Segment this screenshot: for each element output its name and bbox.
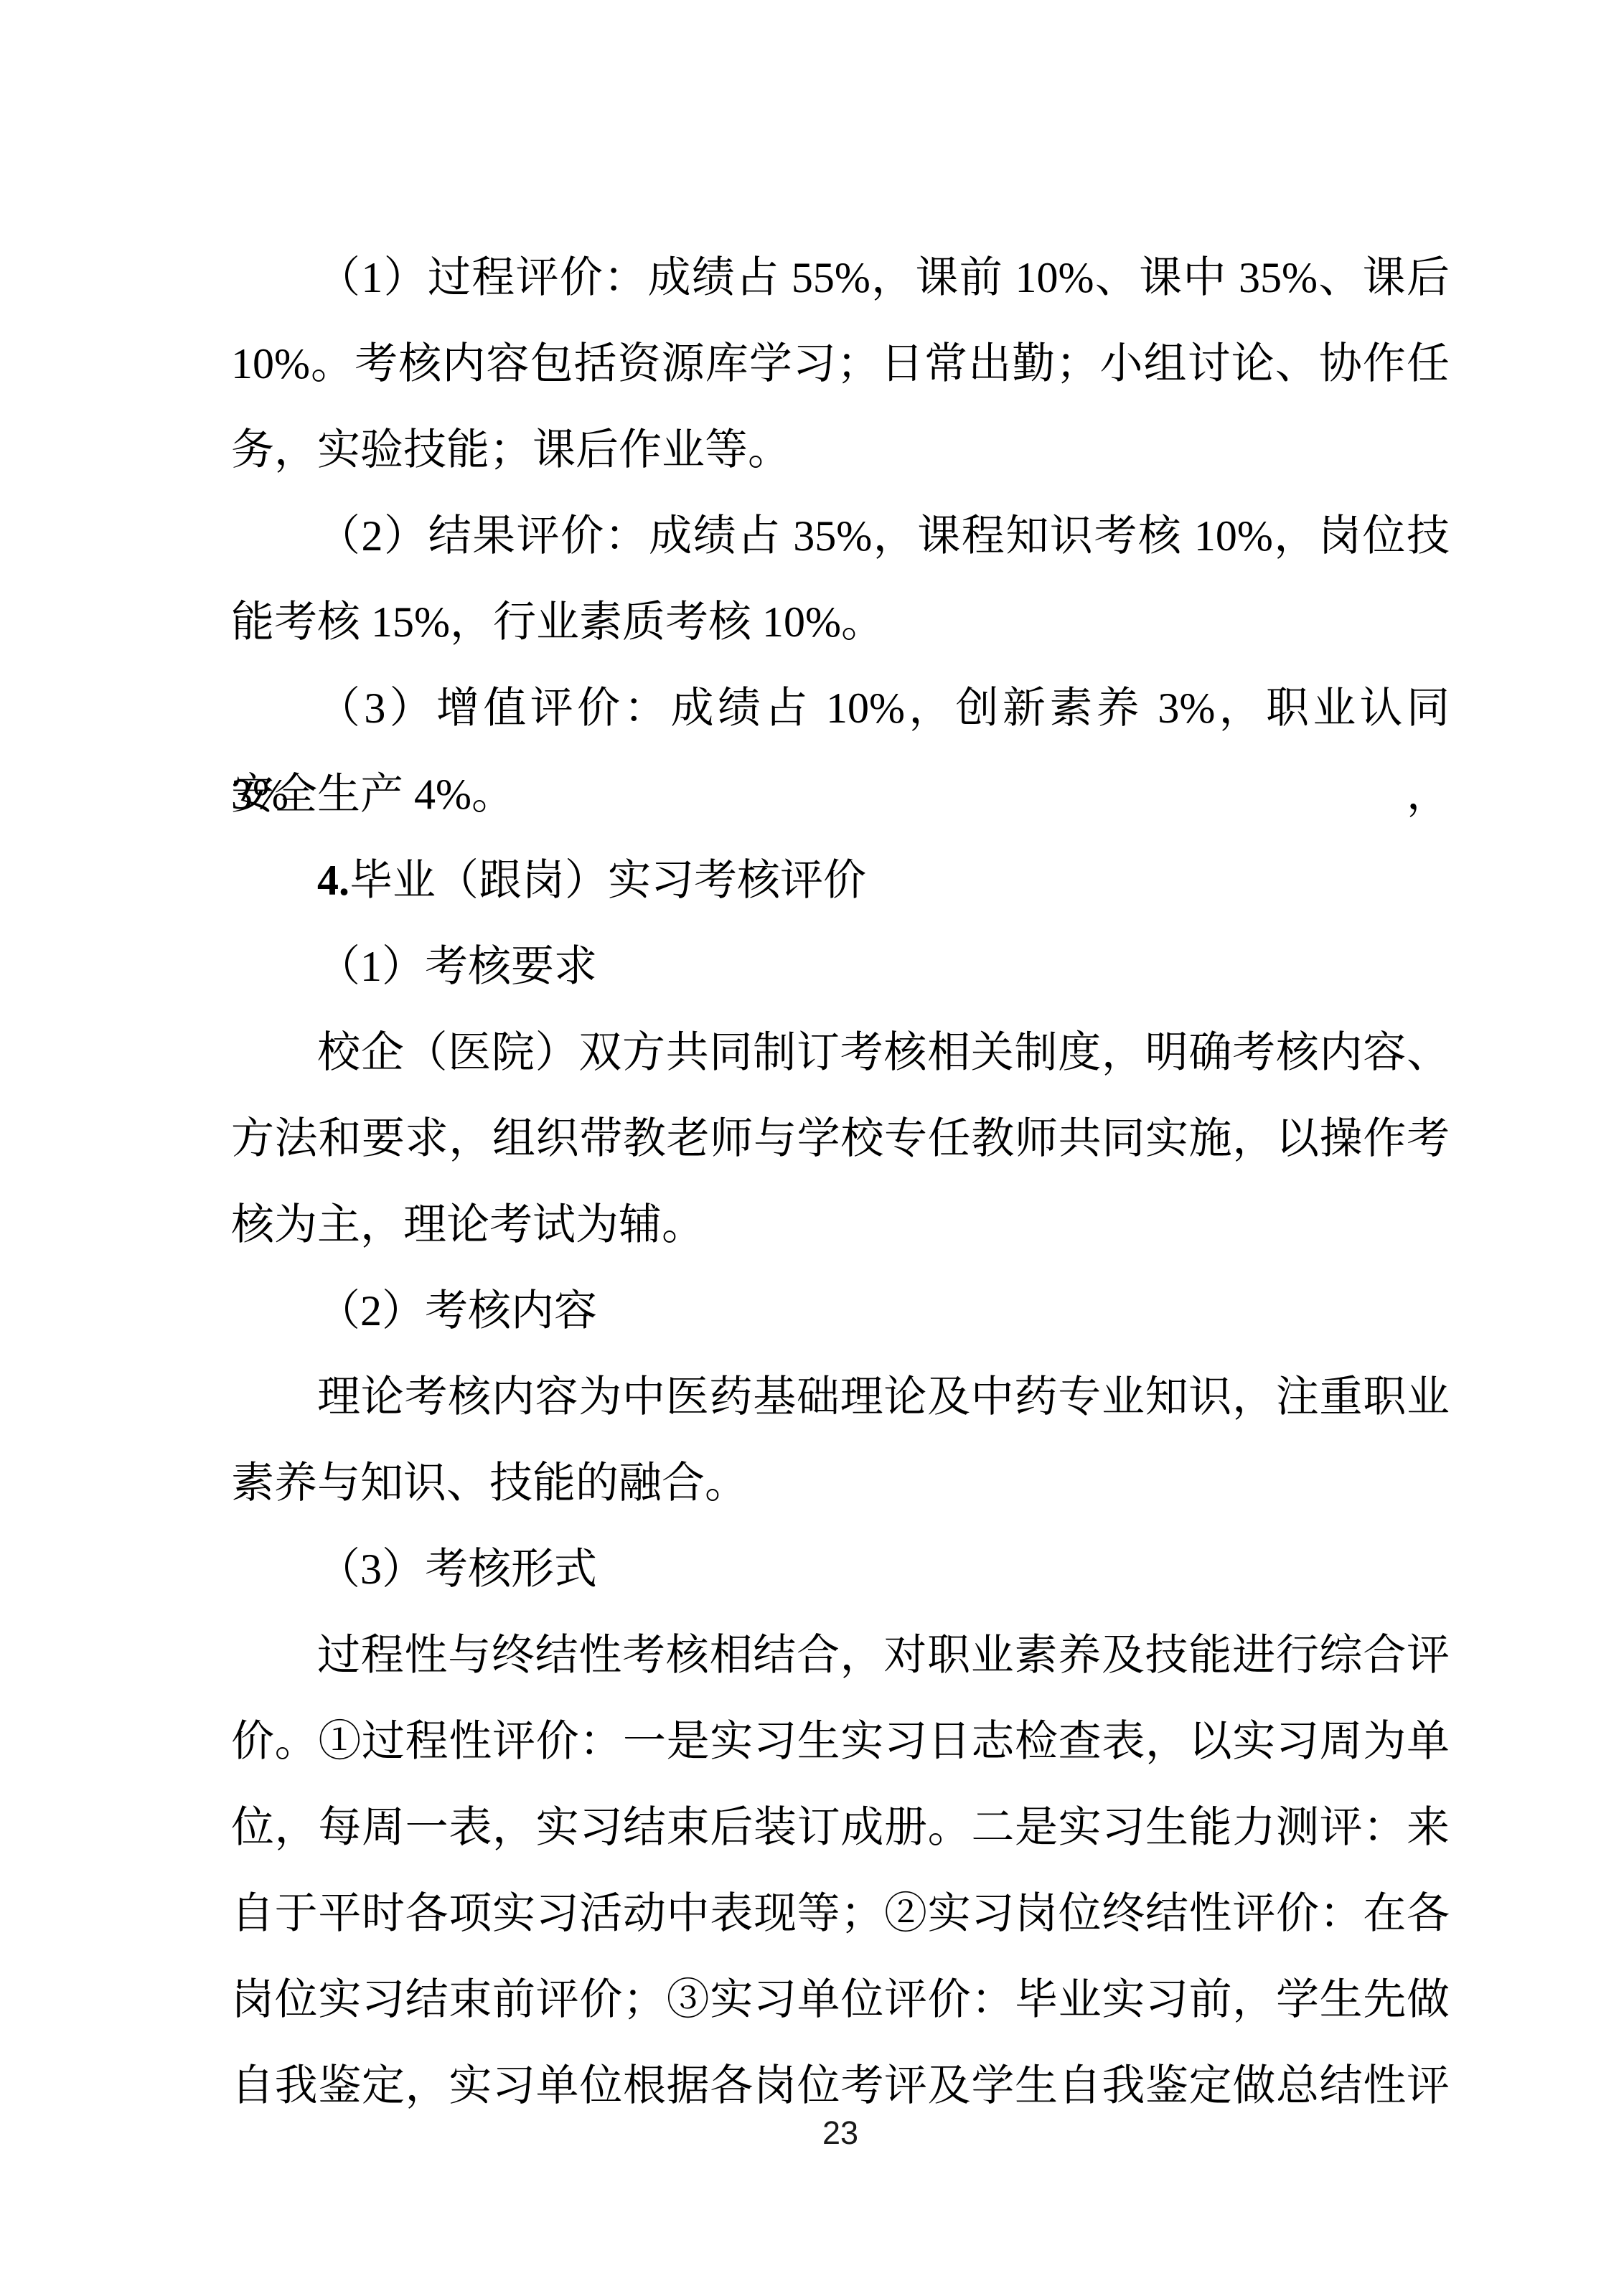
body-line: 务，实验技能；课后作业等。 — [231, 407, 1450, 493]
section-heading: 4.毕业（跟岗）实习考核评价 — [231, 837, 1450, 923]
body-line: 校企（医院）双方共同制订考核相关制度，明确考核内容、 — [231, 1010, 1450, 1096]
subheading-line: （3）考核形式 — [231, 1526, 1450, 1612]
body-line: （2）结果评价：成绩占 35%，课程知识考核 10%，岗位技 — [231, 493, 1450, 579]
body-line: 能考核 15%，行业素质考核 10%。 — [231, 579, 1450, 665]
subheading-line: （1）考核要求 — [231, 923, 1450, 1010]
body-line: 10%。考核内容包括资源库学习；日常出勤；小组讨论、协作任 — [231, 321, 1450, 407]
body-line: 素养与知识、技能的融合。 — [231, 1440, 1450, 1526]
body-line: 价。①过程性评价：一是实习生实习日志检查表，以实习周为单 — [231, 1698, 1450, 1784]
subheading-line: （2）考核内容 — [231, 1268, 1450, 1354]
body-line: 位，每周一表，实习结束后装订成册。二是实习生能力测评：来 — [231, 1784, 1450, 1871]
body-line: 方法和要求，组织带教老师与学校专任教师共同实施，以操作考 — [231, 1096, 1450, 1182]
body-line: 岗位实习结束前评价；③实习单位评价：毕业实习前，学生先做 — [231, 1957, 1450, 2043]
body-line: （1）过程评价：成绩占 55%，课前 10%、课中 35%、课后 — [231, 235, 1450, 321]
body-line: 自于平时各项实习活动中表现等；②实习岗位终结性评价：在各 — [231, 1871, 1450, 1957]
body-line: 过程性与终结性考核相结合，对职业素养及技能进行综合评 — [231, 1612, 1450, 1698]
body-line: 理论考核内容为中医药基础理论及中药专业知识，注重职业 — [231, 1354, 1450, 1440]
section-heading-text: 毕业（跟岗）实习考核评价 — [349, 857, 866, 904]
section-heading-number: 4. — [317, 857, 349, 904]
page-number: 23 — [231, 2112, 1450, 2155]
document-page: （1）过程评价：成绩占 55%，课前 10%、课中 35%、课后 10%。考核内… — [0, 0, 1624, 2296]
body-line: （3）增值评价：成绩占 10%，创新素养 3%，职业认同 3%， — [231, 665, 1450, 751]
document-body: （1）过程评价：成绩占 55%，课前 10%、课中 35%、课后 10%。考核内… — [231, 235, 1450, 2129]
body-line: 核为主，理论考试为辅。 — [231, 1182, 1450, 1268]
